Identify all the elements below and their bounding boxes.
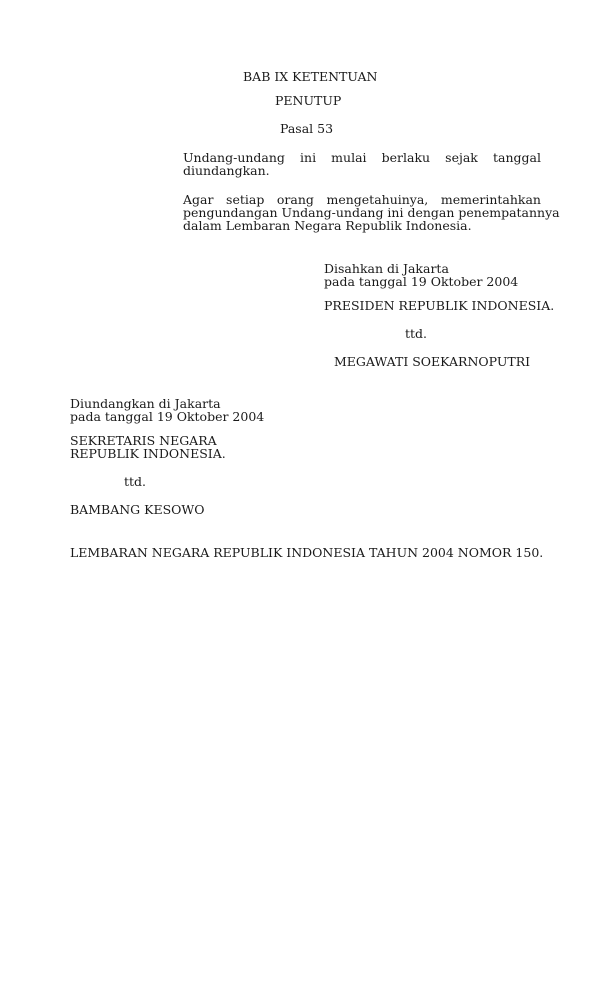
ratification-name: MEGAWATI SOEKARNOPUTRI [334, 355, 530, 369]
ratification-signature: ttd. [405, 327, 427, 341]
ratification-date: pada tanggal 19 Oktober 2004 [324, 275, 518, 289]
promulgation-office-line-2: REPUBLIK INDONESIA. [70, 447, 226, 461]
word: ini [300, 151, 316, 165]
word: tanggal [493, 151, 541, 165]
paragraph-1-line-2: diundangkan. [183, 164, 270, 178]
paragraph-2-line-3: dalam Lembaran Negara Republik Indonesia… [183, 219, 472, 233]
word: sejak [445, 151, 478, 165]
word: berlaku [382, 151, 430, 165]
chapter-title: BAB IX KETENTUAN [243, 70, 378, 84]
promulgation-date: pada tanggal 19 Oktober 2004 [70, 410, 264, 424]
promulgation-name: BAMBANG KESOWO [70, 503, 205, 517]
promulgation-signature: ttd. [124, 475, 146, 489]
article-title: Pasal 53 [280, 122, 333, 136]
chapter-subtitle: PENUTUP [275, 94, 341, 108]
gazette-reference: LEMBARAN NEGARA REPUBLIK INDONESIA TAHUN… [70, 546, 543, 560]
word: mulai [331, 151, 366, 165]
ratification-office: PRESIDEN REPUBLIK INDONESIA. [324, 299, 554, 313]
